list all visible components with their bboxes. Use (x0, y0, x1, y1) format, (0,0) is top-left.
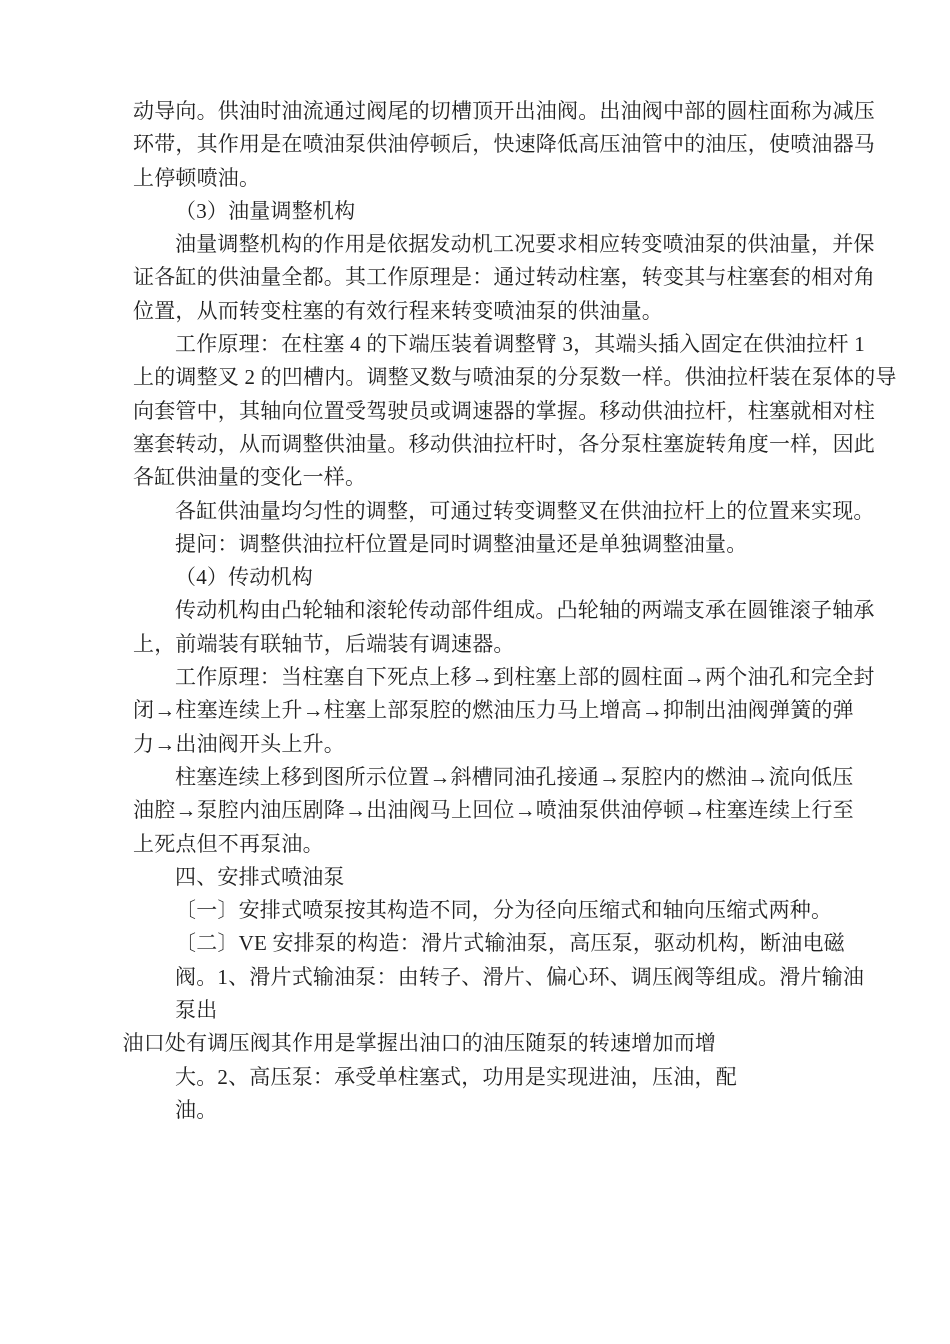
document-page: 动导向。供油时油流通过阀尾的切槽顶开出油阀。出油阀中部的圆柱面称为减压环带，其作… (0, 0, 950, 1344)
text-line: 环带，其作用是在喷油泵供油停顿后，快速降低高压油管中的油压，使喷油器马 (133, 128, 833, 161)
text-line: 上的调整叉 2 的凹槽内。调整叉数与喷油泵的分泵数一样。供油拉杆装在泵体的导 (133, 361, 833, 394)
text-line: 泵出 (175, 994, 833, 1027)
text-line: 油口处有调压阀其作用是掌握出油口的油压随泵的转速增加而增 (123, 1027, 834, 1060)
text-line: 〔一〕安排式喷泵按其构造不同，分为径向压缩式和轴向压缩式两种。 (175, 894, 833, 927)
text-line: 〔二〕VE 安排泵的构造：滑片式输油泵，高压泵，驱动机构，断油电磁 (175, 927, 833, 960)
text-line: 油。 (175, 1094, 833, 1127)
text-line: 提问：调整供油拉杆位置是同时调整油量还是单独调整油量。 (175, 528, 833, 561)
text-line: 动导向。供油时油流通过阀尾的切槽顶开出油阀。出油阀中部的圆柱面称为减压 (133, 95, 833, 128)
text-line: 油量调整机构的作用是依据发动机工况要求相应转变喷油泵的供油量，并保 (175, 228, 833, 261)
text-line: 闭→柱塞连续上升→柱塞上部泵腔的燃油压力马上增高→抑制出油阀弹簧的弹 (133, 694, 833, 727)
text-line: 证各缸的供油量全都。其工作原理是：通过转动柱塞，转变其与柱塞套的相对角 (133, 261, 833, 294)
text-block: 动导向。供油时油流通过阀尾的切槽顶开出油阀。出油阀中部的圆柱面称为减压环带，其作… (133, 95, 833, 1127)
text-line: 油腔→泵腔内油压剧降→出油阀马上回位→喷油泵供油停顿→柱塞连续上行至 (133, 794, 833, 827)
text-line: 四、安排式喷油泵 (175, 861, 833, 894)
text-line: 上死点但不再泵油。 (133, 828, 833, 861)
text-line: 向套管中，其轴向位置受驾驶员或调速器的掌握。移动供油拉杆，柱塞就相对柱 (133, 395, 833, 428)
text-line: 阀。1、滑片式输油泵：由转子、滑片、偏心环、调压阀等组成。滑片输油 (175, 961, 833, 994)
text-line: 塞套转动，从而调整供油量。移动供油拉杆时，各分泵柱塞旋转角度一样，因此 (133, 428, 833, 461)
text-line: 传动机构由凸轮轴和滚轮传动部件组成。凸轮轴的两端支承在圆锥滚子轴承 (175, 594, 833, 627)
text-line: 上，前端装有联轴节，后端装有调速器。 (133, 628, 833, 661)
text-line: 柱塞连续上移到图所示位置→斜槽同油孔接通→泵腔内的燃油→流向低压 (175, 761, 833, 794)
text-line: 各缸供油量的变化一样。 (133, 461, 833, 494)
text-line: 工作原理：在柱塞 4 的下端压装着调整臂 3，其端头插入固定在供油拉杆 1 (175, 328, 833, 361)
text-line: （4）传动机构 (175, 561, 833, 594)
text-line: 位置，从而转变柱塞的有效行程来转变喷油泵的供油量。 (133, 295, 833, 328)
text-line: 力→出油阀开头上升。 (133, 728, 833, 761)
text-line: （3）油量调整机构 (175, 195, 833, 228)
text-line: 大。2、高压泵：承受单柱塞式，功用是实现进油，压油，配 (175, 1061, 833, 1094)
text-line: 各缸供油量均匀性的调整，可通过转变调整叉在供油拉杆上的位置来实现。 (175, 495, 833, 528)
text-line: 工作原理：当柱塞自下死点上移→到柱塞上部的圆柱面→两个油孔和完全封 (175, 661, 833, 694)
text-line: 上停顿喷油。 (133, 162, 833, 195)
